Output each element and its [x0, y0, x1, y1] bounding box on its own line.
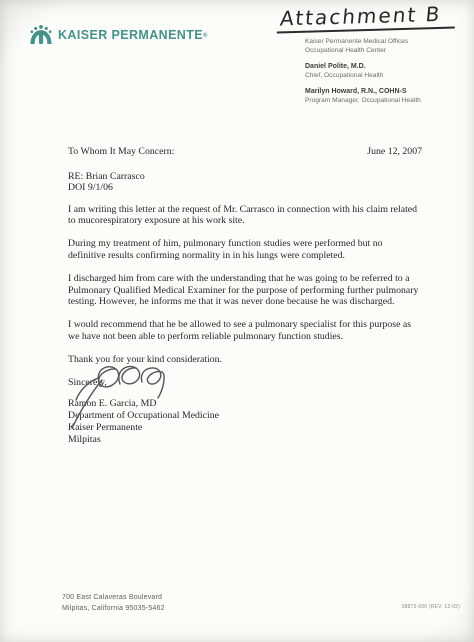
re-line: RE: Brian Carrasco — [68, 171, 422, 183]
contact-name: Daniel Polite, M.D. — [305, 62, 465, 71]
paragraph: I am writing this letter at the request … — [68, 204, 422, 227]
closing: Sincerely, — [68, 377, 422, 389]
kaiser-permanente-logo: KAISER PERMANENTE® — [29, 24, 208, 46]
signer-name: Ramon E. Garcia, MD — [68, 398, 422, 410]
signer-location: Milpitas — [68, 434, 422, 446]
signature-block: Ramon E. Garcia, MD Department of Occupa… — [68, 398, 422, 446]
contact-title: Program Manager, Occupational Health — [305, 96, 465, 105]
signer-org: Kaiser Permanente — [68, 422, 422, 434]
reference-block: RE: Brian Carrasco DOI 9/1/06 — [68, 171, 422, 194]
paragraph: During my treatment of him, pulmonary fu… — [68, 238, 422, 261]
footer-address-line: 700 East Calaveras Boulevard — [62, 593, 165, 604]
salutation: To Whom It May Concern: — [68, 146, 174, 158]
salutation-row: To Whom It May Concern: June 12, 2007 — [68, 146, 422, 158]
office-line: Kaiser Permanente Medical Offices — [305, 37, 465, 46]
paragraph: Thank you for your kind consideration. — [68, 354, 422, 366]
paragraph: I would recommend that he be allowed to … — [68, 319, 422, 342]
contact-name: Marilyn Howard, R.N., COHN-S — [305, 87, 465, 96]
kp-people-icon — [29, 24, 53, 46]
footer-address-line: Milpitas, California 95035-5462 — [62, 604, 165, 615]
form-number: 08873-006 (REV. 12-02) — [390, 604, 460, 610]
signer-department: Department of Occupational Medicine — [68, 410, 422, 422]
office-line: Occupational Health Center — [305, 46, 465, 55]
doi-line: DOI 9/1/06 — [68, 182, 422, 194]
footer-address: 700 East Calaveras Boulevard Milpitas, C… — [62, 593, 165, 614]
contact-entry: Daniel Polite, M.D. Chief, Occupational … — [305, 62, 465, 80]
letter-date: June 12, 2007 — [367, 146, 422, 158]
brand-name-text: KAISER PERMANENTE — [58, 28, 203, 42]
letterhead-contact-block: Kaiser Permanente Medical Offices Occupa… — [305, 37, 465, 112]
handwritten-attachment-annotation: Attachment B — [277, 1, 457, 33]
contact-title: Chief, Occupational Health — [305, 71, 465, 80]
letter-body: To Whom It May Concern: June 12, 2007 RE… — [68, 146, 422, 446]
contact-entry: Marilyn Howard, R.N., COHN-S Program Man… — [305, 87, 465, 105]
office-lines: Kaiser Permanente Medical Offices Occupa… — [305, 37, 465, 55]
scanned-letter-page: Attachment B KAISER PERMANENTE® Kaiser P… — [0, 0, 474, 642]
brand-wordmark: KAISER PERMANENTE® — [58, 28, 208, 42]
paragraph: I discharged him from care with the unde… — [68, 273, 422, 308]
registered-mark: ® — [203, 33, 208, 39]
